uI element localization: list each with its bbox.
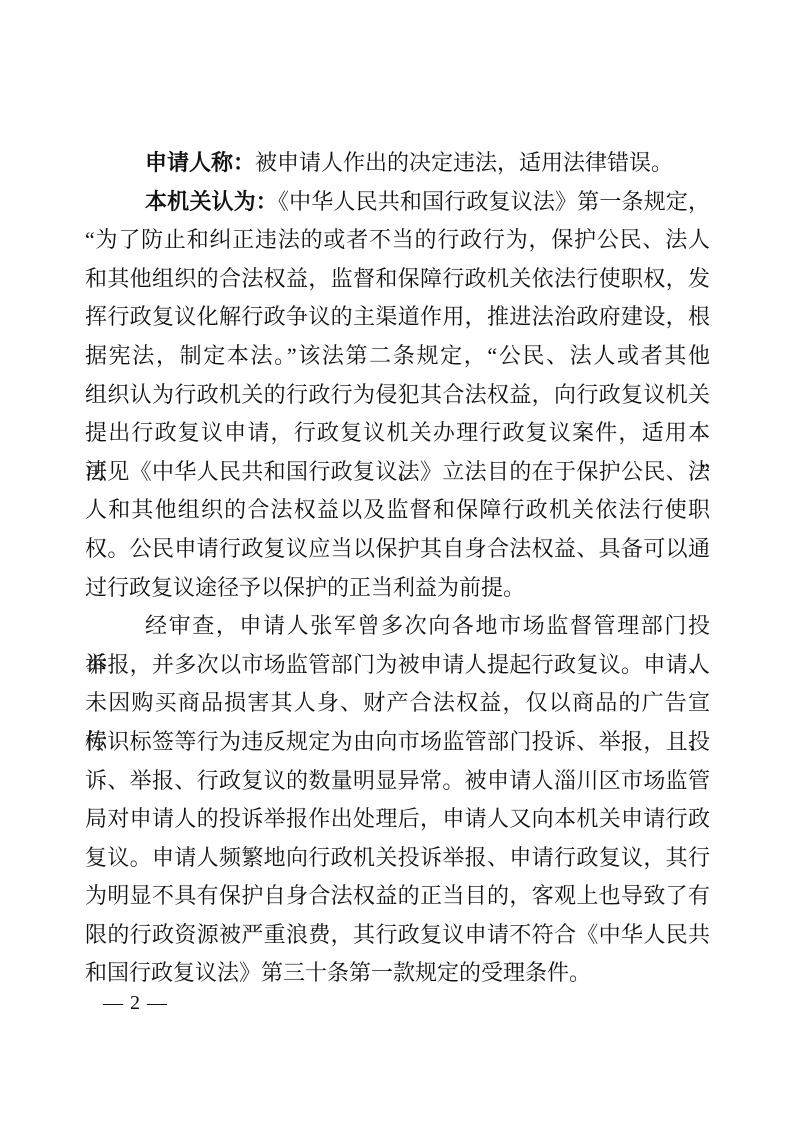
text-line: 申请人称：被申请人作出的决定违法，适用法律错误。 <box>85 144 710 183</box>
text-line: 标识标签等行为违反规定为由向市场监管部门投诉、举报，且投 <box>85 723 710 762</box>
text-line: 组织认为行政机关的行政行为侵犯其合法权益，向行政复议机关 <box>85 376 710 415</box>
text-line: 和国行政复议法》第三十条第一款规定的受理条件。 <box>85 954 710 993</box>
text-line: 诉、举报、行政复议的数量明显异常。被申请人淄川区市场监管 <box>85 762 710 801</box>
text-line: 局对申请人的投诉举报作出处理后，申请人又向本机关申请行政 <box>85 800 710 839</box>
text-line: 人和其他组织的合法权益以及监督和保障行政机关依法行使职 <box>85 491 710 530</box>
text-line: 为明显不具有保护自身合法权益的正当目的，客观上也导致了有 <box>85 877 710 916</box>
text-line: 过行政复议途径予以保护的正当利益为前提。 <box>85 569 710 608</box>
paragraph-lead-bold: 本机关认为： <box>145 189 278 214</box>
text-line: 权。公民申请行政复议应当以保护其自身合法权益、具备可以通 <box>85 530 710 569</box>
paragraph-text: 被申请人作出的决定违法，适用法律错误。 <box>255 150 673 175</box>
text-line: 提出行政复议申请，行政复议机关办理行政复议案件，适用本法。” <box>85 414 710 453</box>
text-line: 举报，并多次以市场监管部门为被申请人提起行政复议。申请人 <box>85 646 710 685</box>
text-line: 本机关认为：《中华人民共和国行政复议法》第一条规定， <box>85 183 710 222</box>
text-line: 和其他组织的合法权益，监督和保障行政机关依法行使职权，发 <box>85 260 710 299</box>
document-body: 申请人称：被申请人作出的决定违法，适用法律错误。本机关认为：《中华人民共和国行政… <box>85 144 710 993</box>
text-line: 可见《中华人民共和国行政复议法》立法目的在于保护公民、法 <box>85 453 710 492</box>
document-page: 申请人称：被申请人作出的决定违法，适用法律错误。本机关认为：《中华人民共和国行政… <box>0 0 794 1123</box>
text-line: 复议。申请人频繁地向行政机关投诉举报、申请行政复议，其行 <box>85 839 710 878</box>
text-line: 据宪法，制定本法。”该法第二条规定，“公民、法人或者其他 <box>85 337 710 376</box>
text-line: “为了防止和纠正违法的或者不当的行政行为，保护公民、法人 <box>85 221 710 260</box>
text-line: 未因购买商品损害其人身、财产合法权益，仅以商品的广告宣传、 <box>85 684 710 723</box>
text-line: 经审查，申请人张军曾多次向各地市场监督管理部门投诉、 <box>85 607 710 646</box>
text-line: 挥行政复议化解行政争议的主渠道作用，推进法治政府建设，根 <box>85 298 710 337</box>
text-line: 限的行政资源被严重浪费，其行政复议申请不符合《中华人民共 <box>85 916 710 955</box>
paragraph-lead-bold: 申请人称： <box>145 150 255 175</box>
page-number: — 2 — <box>103 993 168 1013</box>
paragraph-text: 《中华人民共和国行政复议法》第一条规定， <box>278 189 710 214</box>
